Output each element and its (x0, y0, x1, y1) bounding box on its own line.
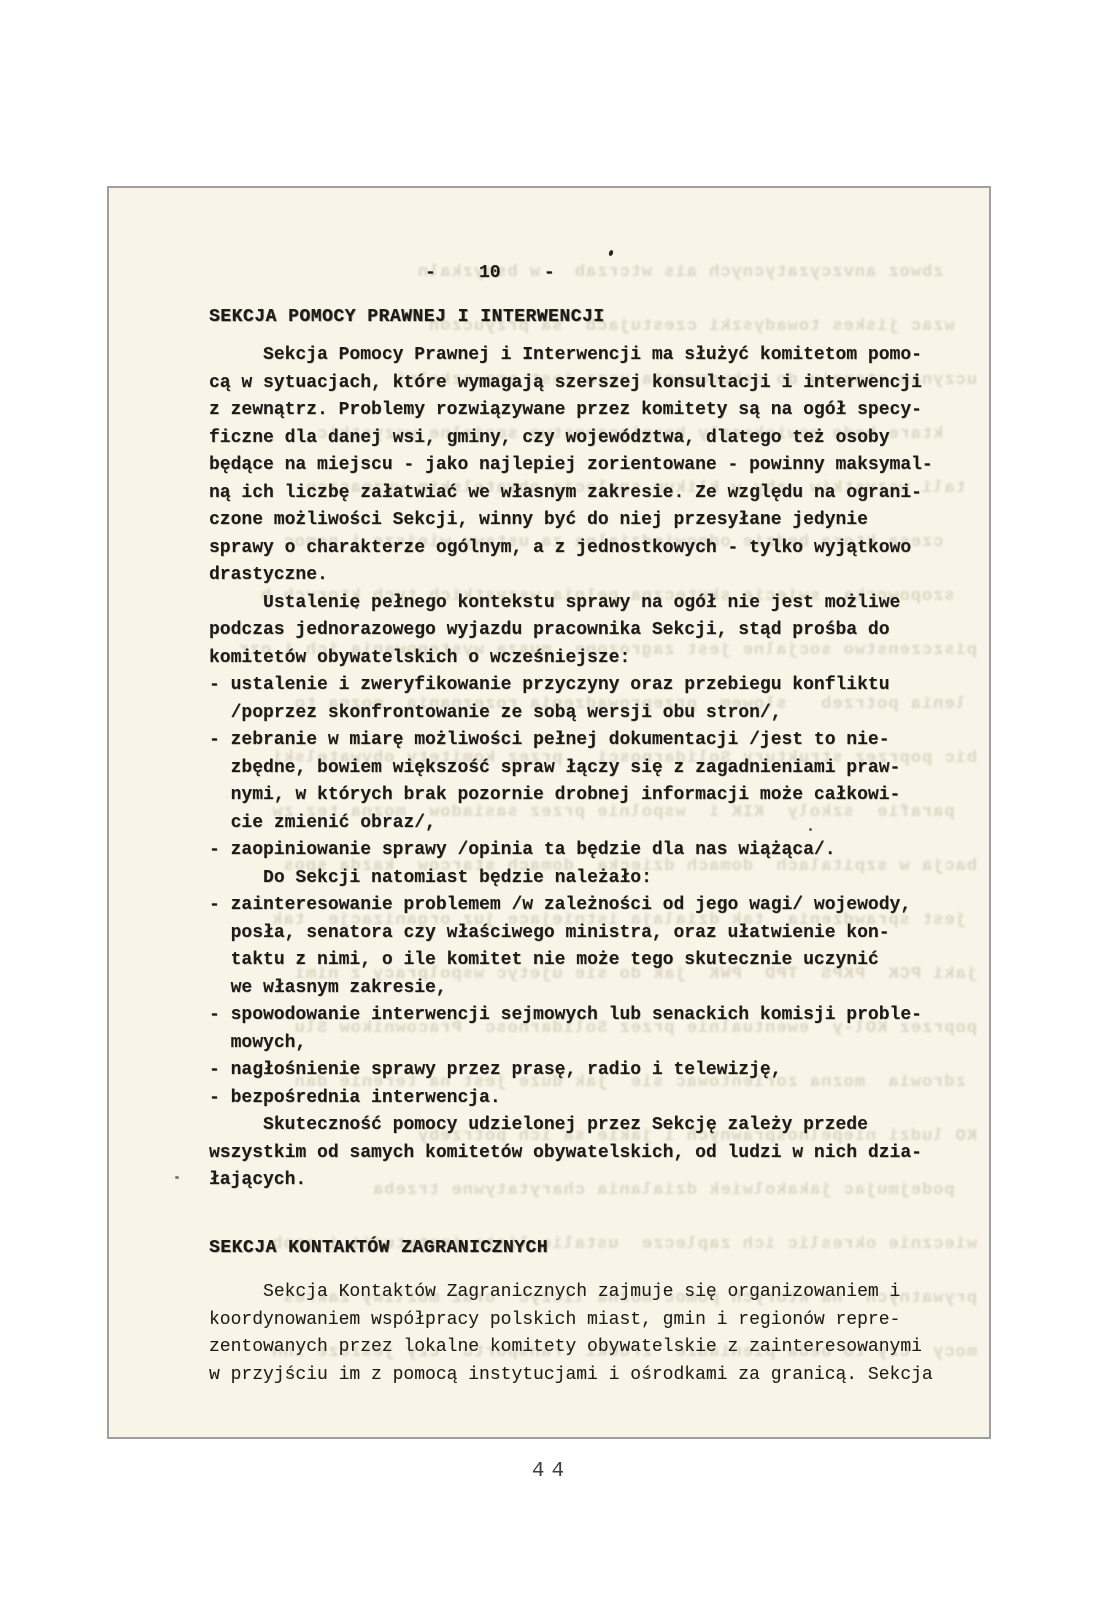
lead-in-section-tasks: Do Sekcji natomiast będzie należało: (209, 865, 949, 893)
paragraph-foreign-contacts-intro: Sekcja Kontaktów Zagranicznych zajmuje s… (209, 1279, 949, 1389)
screenshot-canvas: zbwoz anvzcyzatycnych ais wtcrzab w bsoy… (0, 0, 1103, 1600)
section-heading-legal-aid: SEKCJA POMOCY PRAWNEJ I INTERWENCJI (209, 304, 949, 332)
paragraph-effectiveness: Skuteczność pomocy udzielonej przez Sekc… (209, 1112, 949, 1195)
section-heading-foreign-contacts: SEKCJA KONTAKTÓW ZAGRANICZNYCH (209, 1235, 949, 1263)
paragraph-context: Ustalenie pełnego kontekstu sprawy na og… (209, 590, 949, 673)
list-committee-tasks: - ustalenie i zweryfikowanie przyczyny o… (209, 672, 949, 865)
ink-speck (355, 606, 358, 609)
ink-speck (608, 249, 614, 256)
ink-speck (175, 1176, 179, 1179)
page-header-number: - 10 - (425, 260, 949, 288)
scanned-document-page: zbwoz anvzcyzatycnych ais wtcrzab w bsoy… (107, 186, 991, 1439)
typed-content: - 10 - SEKCJA POMOCY PRAWNEJ I INTERWENC… (209, 260, 949, 1389)
ink-speck (809, 828, 812, 831)
page-footer-number: 44 (0, 1460, 1103, 1483)
paragraph-legal-aid-intro: Sekcja Pomocy Prawnej i Interwencji ma s… (209, 342, 949, 590)
list-section-tasks: - zainteresowanie problemem /w zależnośc… (209, 892, 949, 1112)
